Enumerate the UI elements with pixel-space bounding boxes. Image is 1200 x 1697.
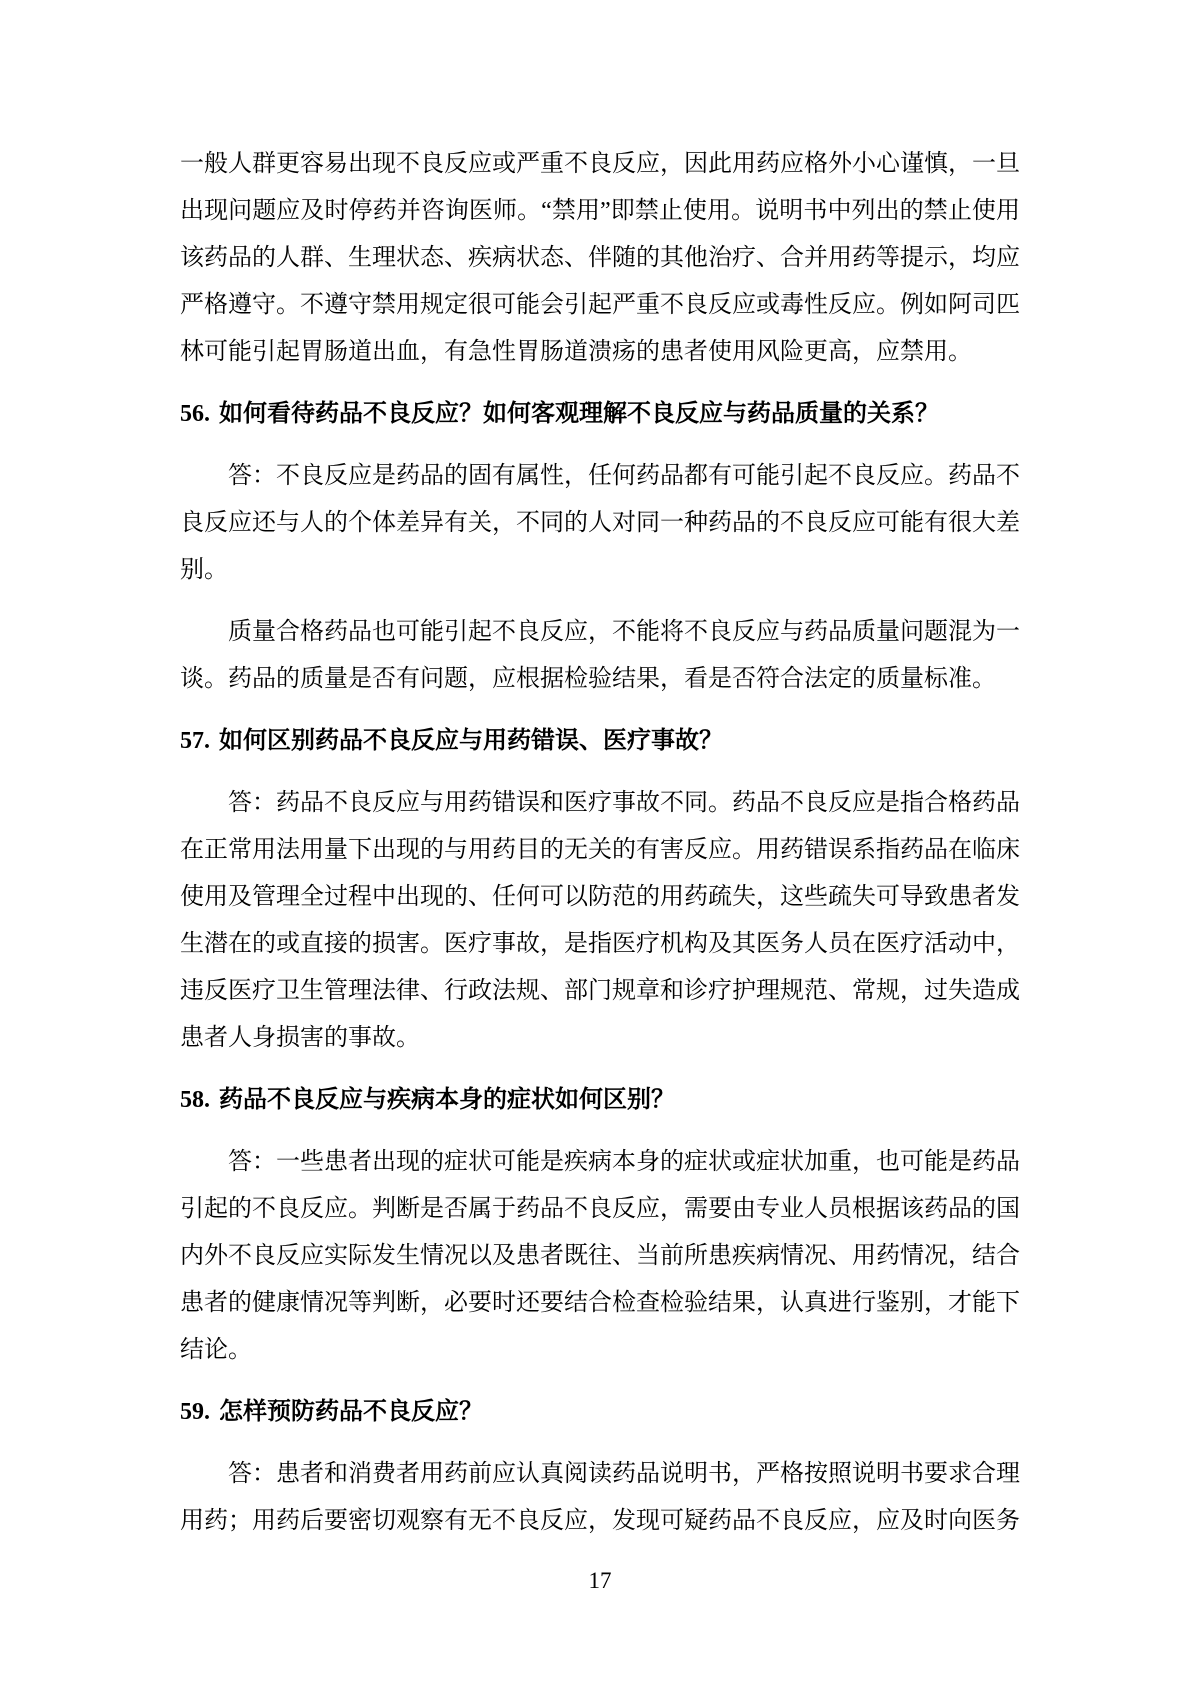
question-text-57: 如何区别药品不良反应与用药错误、医疗事故？ bbox=[219, 728, 723, 754]
question-text-58: 药品不良反应与疾病本身的症状如何区别？ bbox=[219, 1087, 675, 1113]
page-number: 17 bbox=[0, 1566, 1200, 1596]
question-heading-56: 56.如何看待药品不良反应？如何客观理解不良反应与药品质量的关系？ bbox=[180, 391, 1020, 438]
question-heading-59: 59.怎样预防药品不良反应？ bbox=[180, 1389, 1020, 1436]
question-number-59: 59. bbox=[180, 1399, 210, 1425]
answer-paragraph-59: 答：患者和消费者用药前应认真阅读药品说明书，严格按照说明书要求合理用药；用药后要… bbox=[180, 1451, 1020, 1545]
document-page: 一般人群更容易出现不良反应或严重不良反应，因此用药应格外小心谨慎，一旦出现问题应… bbox=[0, 0, 1200, 1697]
question-number-57: 57. bbox=[180, 728, 210, 754]
question-text-56: 如何看待药品不良反应？如何客观理解不良反应与药品质量的关系？ bbox=[219, 401, 939, 427]
page-content: 一般人群更容易出现不良反应或严重不良反应，因此用药应格外小心谨慎，一旦出现问题应… bbox=[180, 141, 1020, 1545]
question-heading-58: 58.药品不良反应与疾病本身的症状如何区别？ bbox=[180, 1077, 1020, 1124]
question-number-58: 58. bbox=[180, 1087, 210, 1113]
answer-paragraph-56-1: 答：不良反应是药品的固有属性，任何药品都有可能引起不良反应。药品不良反应还与人的… bbox=[180, 453, 1020, 594]
answer-paragraph-58: 答：一些患者出现的症状可能是疾病本身的症状或症状加重，也可能是药品引起的不良反应… bbox=[180, 1139, 1020, 1374]
question-text-59: 怎样预防药品不良反应？ bbox=[219, 1399, 483, 1425]
question-heading-57: 57.如何区别药品不良反应与用药错误、医疗事故？ bbox=[180, 718, 1020, 765]
answer-paragraph-57: 答：药品不良反应与用药错误和医疗事故不同。药品不良反应是指合格药品在正常用法用量… bbox=[180, 780, 1020, 1062]
body-paragraph-continuation: 一般人群更容易出现不良反应或严重不良反应，因此用药应格外小心谨慎，一旦出现问题应… bbox=[180, 141, 1020, 376]
question-number-56: 56. bbox=[180, 401, 210, 427]
answer-paragraph-56-2: 质量合格药品也可能引起不良反应，不能将不良反应与药品质量问题混为一谈。药品的质量… bbox=[180, 609, 1020, 703]
